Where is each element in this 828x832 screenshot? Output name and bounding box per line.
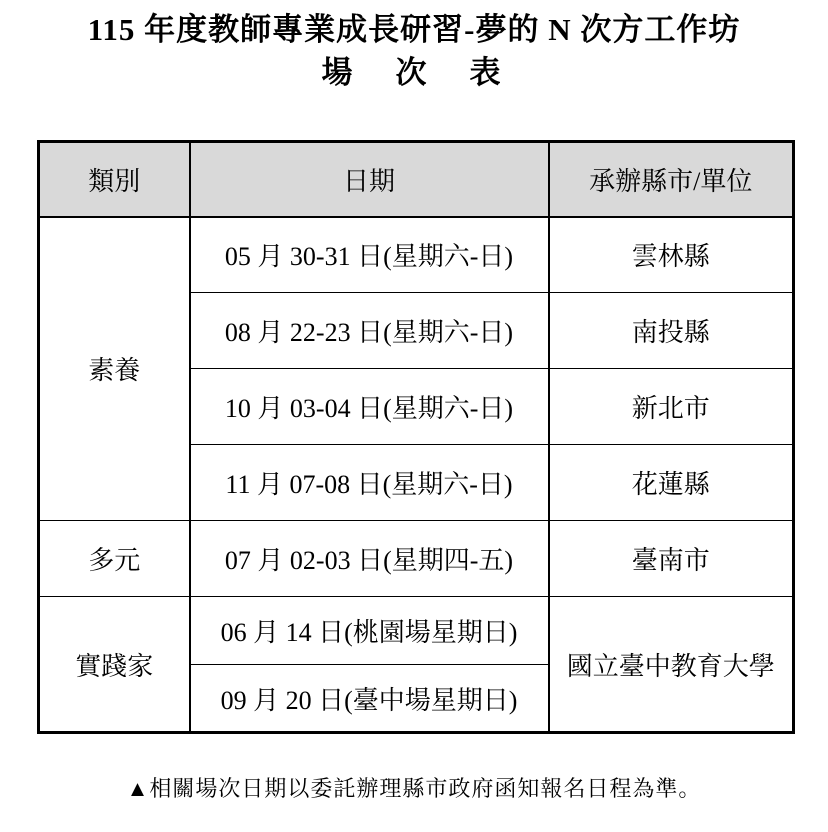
header-organizer: 承辦縣市/單位 [549, 142, 794, 217]
category-cell: 素養 [39, 217, 190, 521]
date-cell: 10 月 03-04 日(星期六-日) [190, 369, 549, 445]
page-title: 115 年度教師專業成長研習-夢的 N 次方工作坊 場 次 表 [0, 8, 828, 94]
table-row: 多元 07 月 02-03 日(星期四-五) 臺南市 [39, 521, 794, 597]
category-cell: 實踐家 [39, 597, 190, 733]
document-page: 115 年度教師專業成長研習-夢的 N 次方工作坊 場 次 表 類別 日期 承辦… [0, 0, 828, 832]
organizer-cell: 臺南市 [549, 521, 794, 597]
organizer-cell: 雲林縣 [549, 217, 794, 293]
date-cell: 08 月 22-23 日(星期六-日) [190, 293, 549, 369]
organizer-cell: 新北市 [549, 369, 794, 445]
table-row: 實踐家 06 月 14 日(桃園場星期日) 國立臺中教育大學 [39, 597, 794, 665]
page-title-line1: 115 年度教師專業成長研習-夢的 N 次方工作坊 [0, 8, 828, 52]
date-cell: 06 月 14 日(桃園場星期日) [190, 597, 549, 665]
organizer-cell: 南投縣 [549, 293, 794, 369]
footnote-text: ▲相關場次日期以委託辦理縣市政府函知報名日程為準。 [0, 772, 828, 803]
table-row: 素養 05 月 30-31 日(星期六-日) 雲林縣 [39, 217, 794, 293]
date-cell: 07 月 02-03 日(星期四-五) [190, 521, 549, 597]
category-cell: 多元 [39, 521, 190, 597]
header-category: 類別 [39, 142, 190, 217]
header-date: 日期 [190, 142, 549, 217]
date-cell: 05 月 30-31 日(星期六-日) [190, 217, 549, 293]
organizer-cell: 花蓮縣 [549, 445, 794, 521]
page-title-line2: 場 次 表 [0, 52, 828, 94]
date-cell: 11 月 07-08 日(星期六-日) [190, 445, 549, 521]
schedule-table: 類別 日期 承辦縣市/單位 素養 05 月 30-31 日(星期六-日) 雲林縣… [37, 140, 795, 734]
table-header-row: 類別 日期 承辦縣市/單位 [39, 142, 794, 217]
date-cell: 09 月 20 日(臺中場星期日) [190, 665, 549, 733]
organizer-cell: 國立臺中教育大學 [549, 597, 794, 733]
schedule-table-container: 類別 日期 承辦縣市/單位 素養 05 月 30-31 日(星期六-日) 雲林縣… [37, 140, 795, 734]
